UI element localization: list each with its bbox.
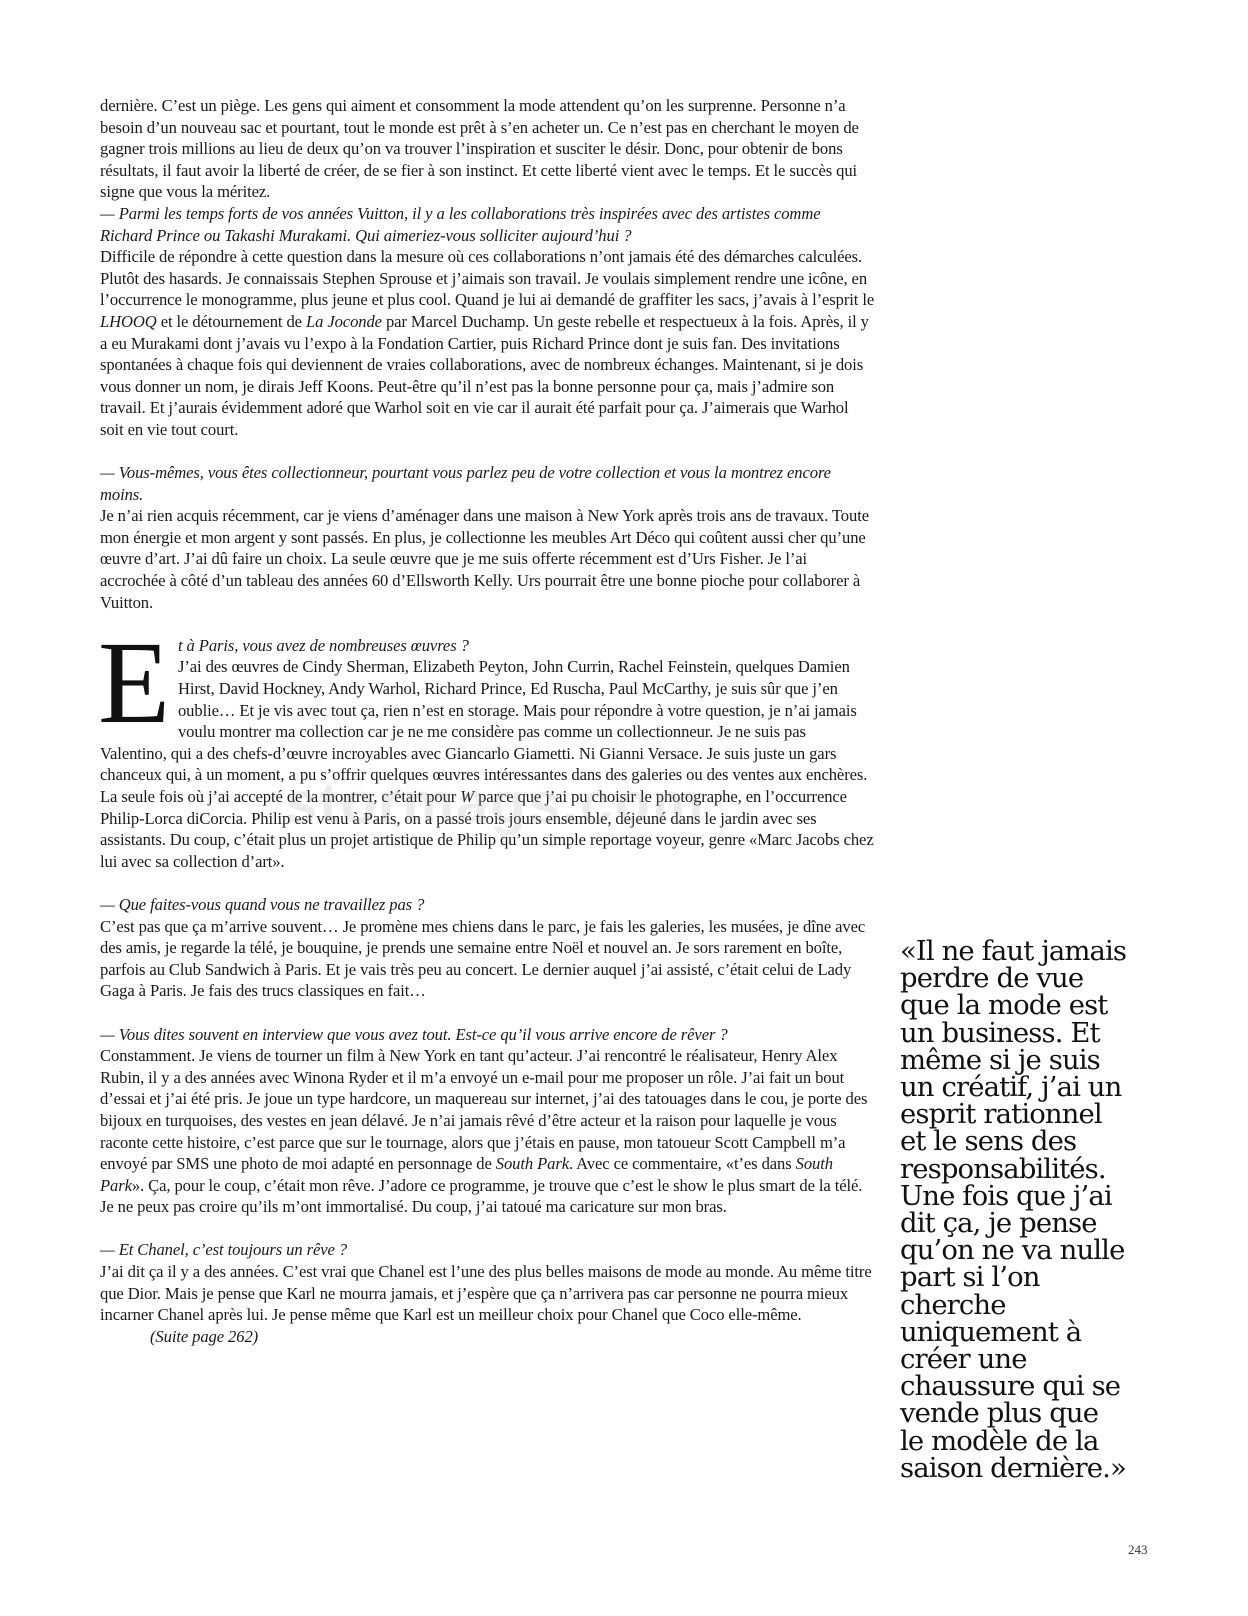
- show-title: South Park: [496, 1154, 569, 1173]
- article-body-column: dernière. C’est un piège. Les gens qui a…: [100, 95, 875, 1347]
- answer: Constamment. Je viens de tourner un film…: [100, 1045, 875, 1218]
- artwork-title-joconde: La Joconde: [306, 312, 382, 331]
- artwork-title-lhooq: LHOOQ: [100, 312, 157, 331]
- qa-block-chanel: — Et Chanel, c’est toujours un rêve ? J’…: [100, 1239, 875, 1347]
- answer: Je n’ai rien acquis récemment, car je vi…: [100, 505, 875, 613]
- qa-block-paris-works: E t à Paris, vous avez de nombreuses œuv…: [100, 635, 875, 873]
- qa-block-collector: — Vous-mêmes, vous êtes collectionneur, …: [100, 462, 875, 613]
- pull-quote: «Il ne faut jamais perdre de vue que la …: [900, 938, 1160, 1482]
- magazine-title-w: W: [460, 787, 474, 806]
- question: — Et Chanel, c’est toujours un rêve ?: [100, 1239, 875, 1261]
- qa-block-collaborations: — Parmi les temps forts de vos années Vu…: [100, 203, 875, 441]
- answer: Difficile de répondre à cette question d…: [100, 246, 875, 440]
- answer: J’ai des œuvres de Cindy Sherman, Elizab…: [100, 656, 875, 872]
- answer: C’est pas que ça m’arrive souvent… Je pr…: [100, 916, 875, 1002]
- qa-block-free-time: — Que faites-vous quand vous ne travaill…: [100, 894, 875, 1002]
- continuation-note: (Suite page 262): [150, 1327, 258, 1346]
- question: — Vous-mêmes, vous êtes collectionneur, …: [100, 462, 875, 505]
- question: — Que faites-vous quand vous ne travaill…: [100, 894, 875, 916]
- question: — Vous dites souvent en interview que vo…: [100, 1024, 875, 1046]
- question: — Parmi les temps forts de vos années Vu…: [100, 203, 875, 246]
- magazine-page: dernière. C’est un piège. Les gens qui a…: [0, 0, 1248, 1616]
- answer: J’ai dit ça il y a des années. C’est vra…: [100, 1261, 875, 1347]
- drop-cap: E: [98, 639, 170, 727]
- intro-paragraph: dernière. C’est un piège. Les gens qui a…: [100, 95, 875, 203]
- qa-block-dreams: — Vous dites souvent en interview que vo…: [100, 1024, 875, 1218]
- page-number: 243: [1128, 1542, 1148, 1558]
- question: t à Paris, vous avez de nombreuses œuvre…: [100, 635, 875, 657]
